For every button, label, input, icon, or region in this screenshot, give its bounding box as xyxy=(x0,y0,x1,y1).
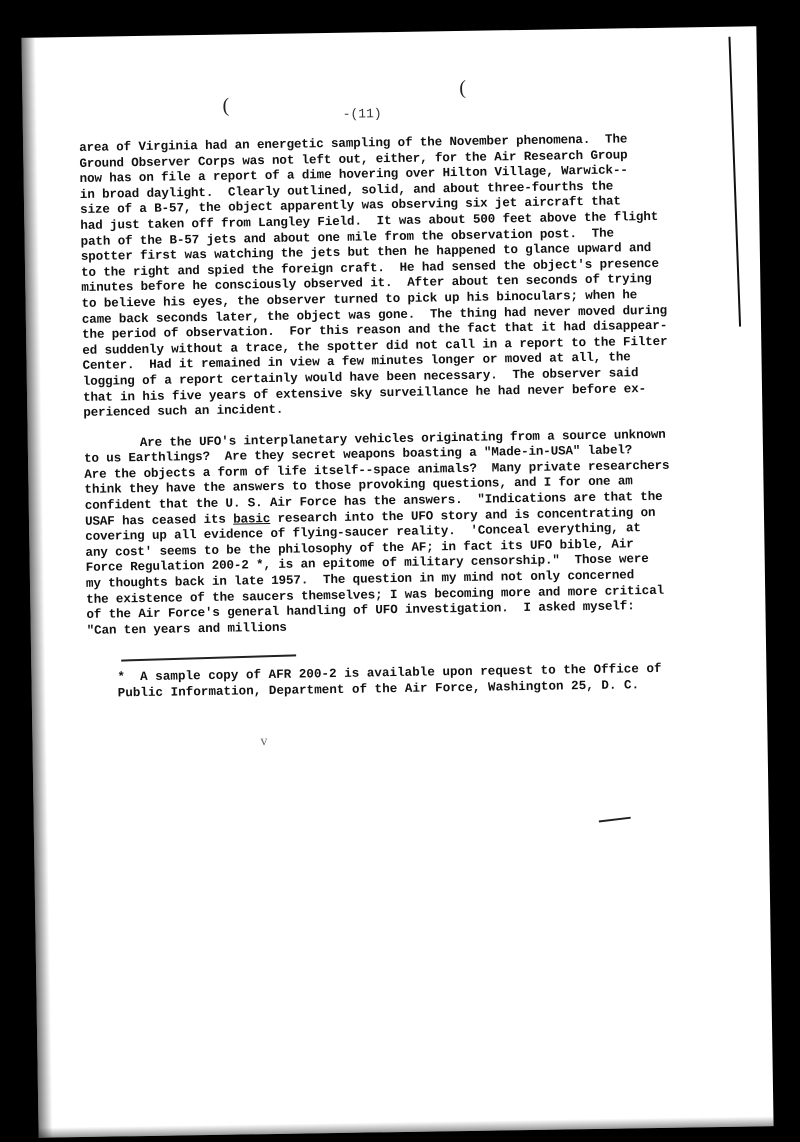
margin-paren-right: ( xyxy=(459,77,466,100)
footnote-divider xyxy=(121,654,296,661)
footnote: * A sample copy of AFR 200-2 is availabl… xyxy=(117,661,737,702)
underlined-word-basic: basic xyxy=(233,512,270,527)
page-number: -(11) xyxy=(343,106,382,122)
paragraph-1: area of Virginia had an energetic sampli… xyxy=(79,131,723,422)
body-text: area of Virginia had an energetic sampli… xyxy=(79,131,727,639)
margin-paren-left: ( xyxy=(222,95,229,118)
document-page: ( ( -(11) area of Virginia had an energe… xyxy=(21,26,773,1137)
stray-pen-mark xyxy=(599,817,631,823)
margin-rule-line xyxy=(728,37,741,327)
pencil-check-mark: v xyxy=(260,734,267,750)
text-segment: USAF has ceased its xyxy=(85,512,233,528)
paragraph-2: Are the UFO's interplanetary vehicles or… xyxy=(84,427,727,640)
